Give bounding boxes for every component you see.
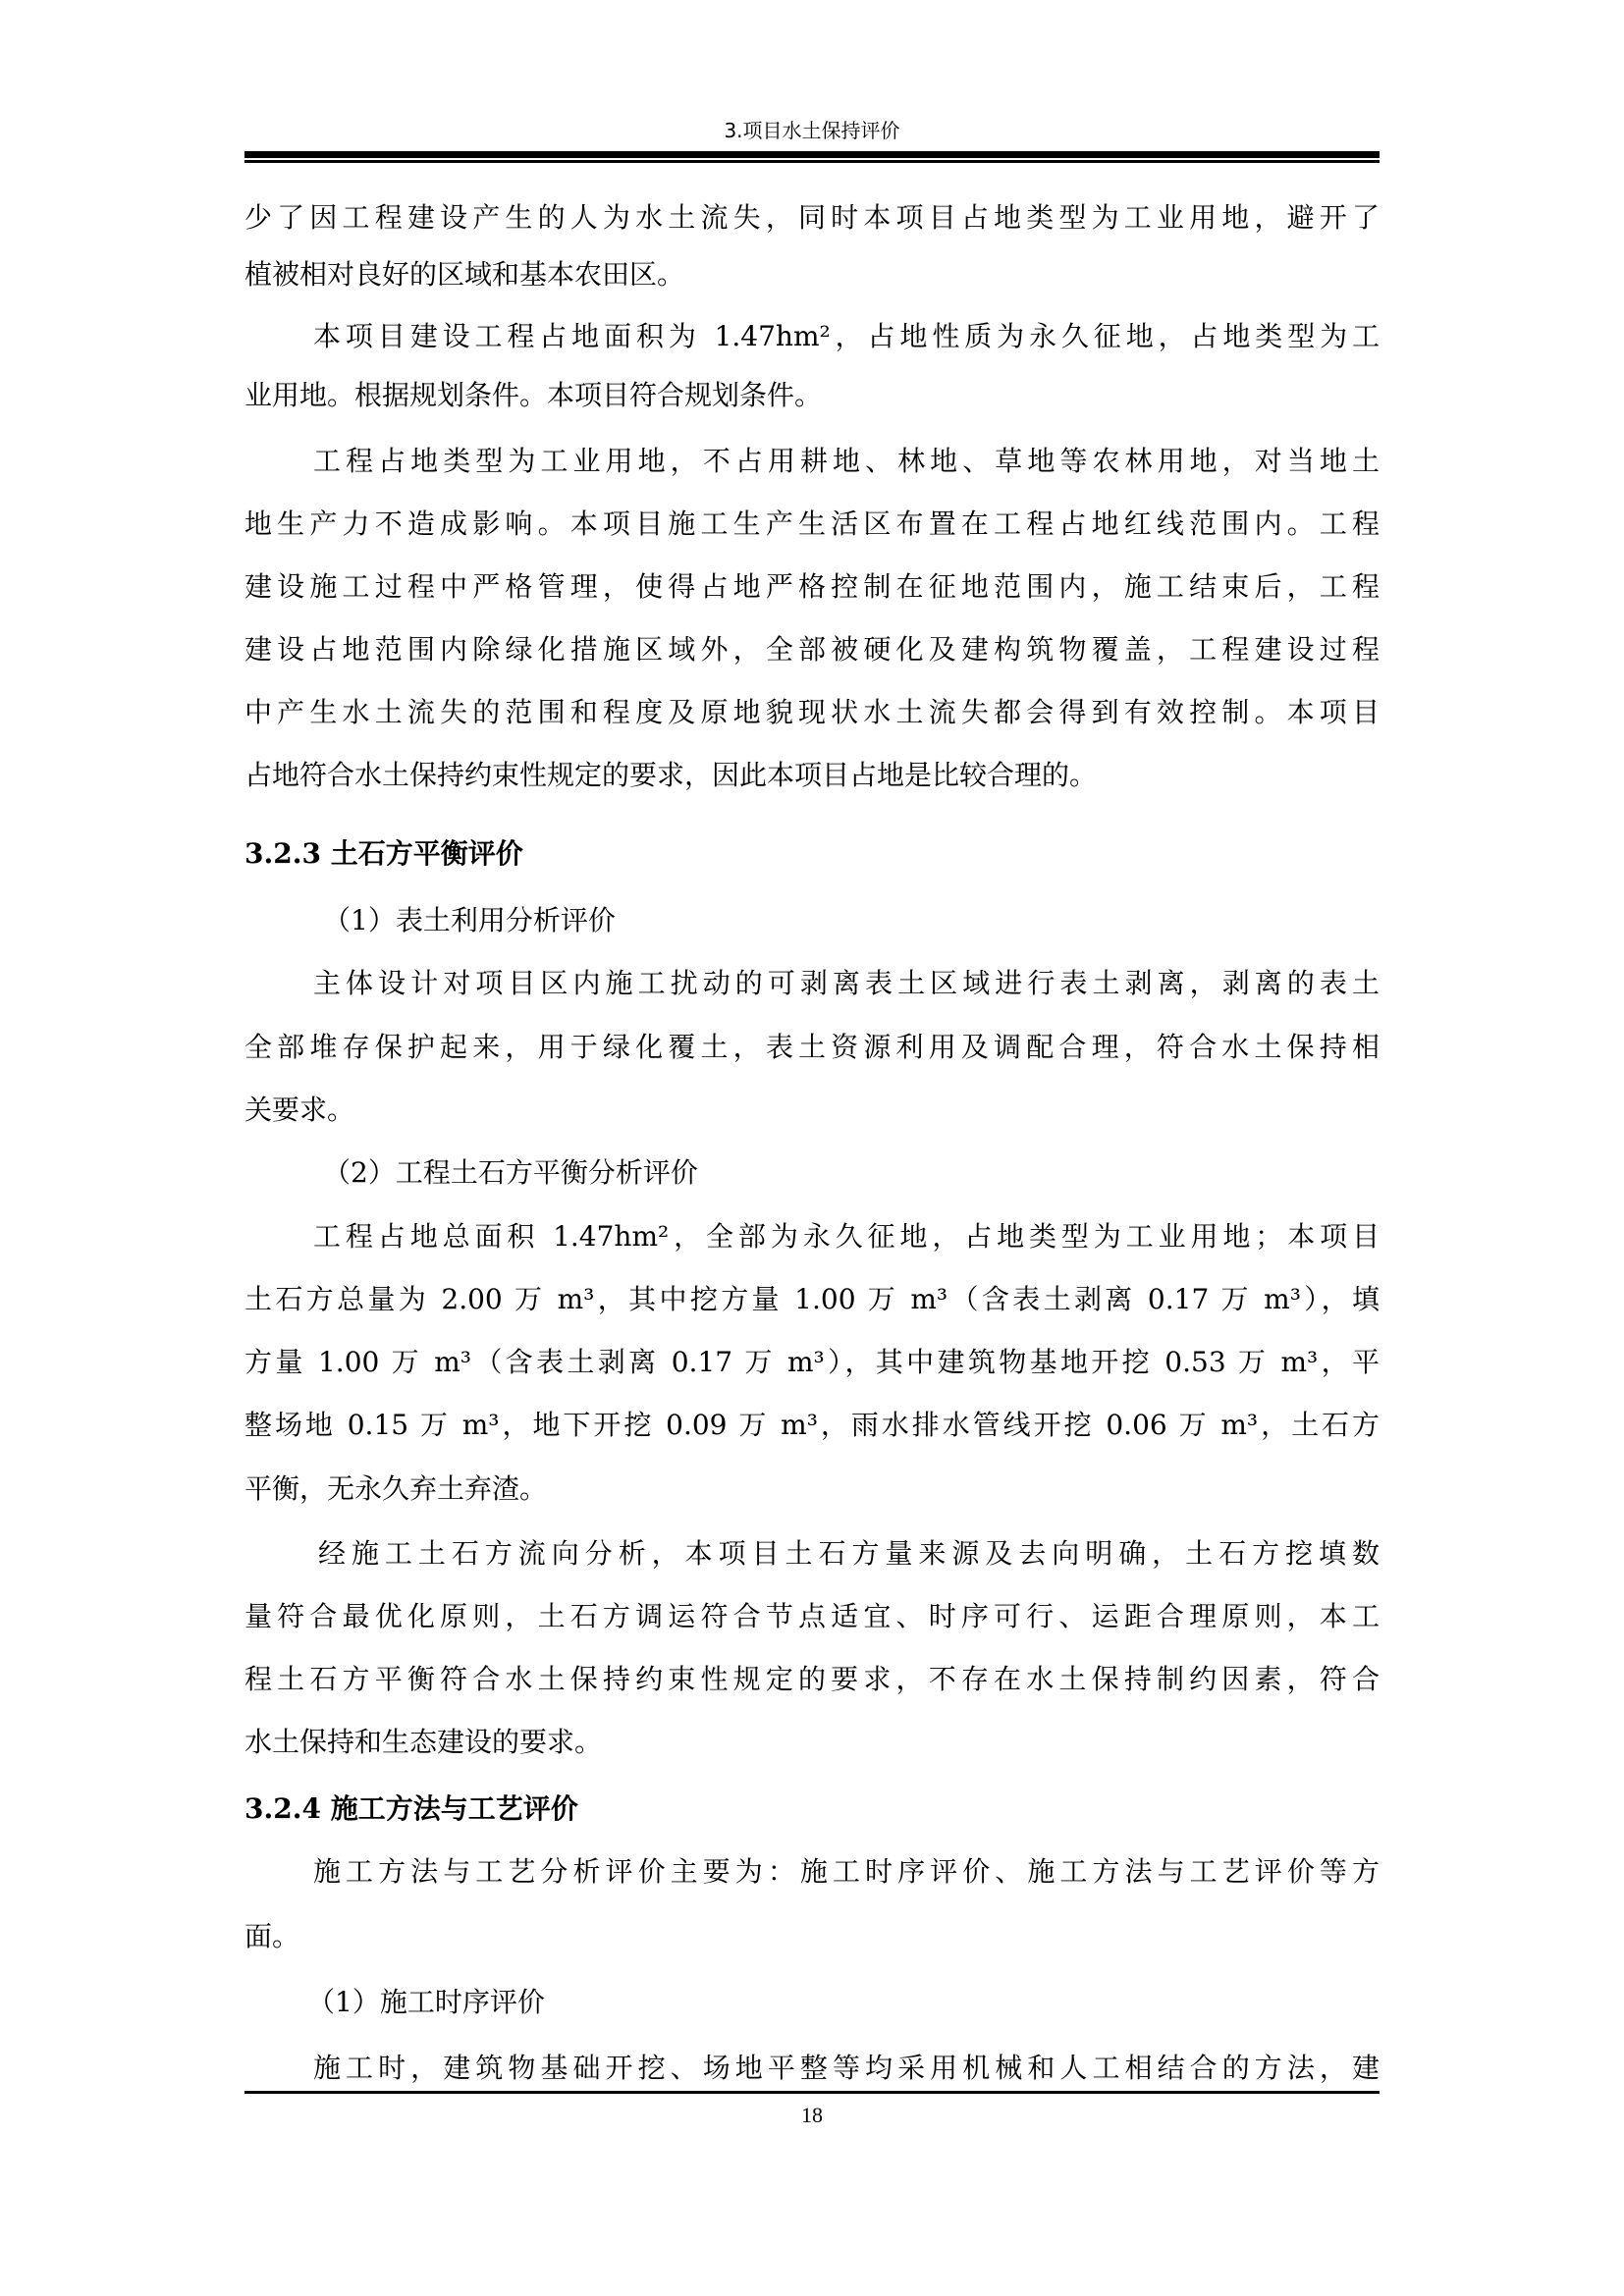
- page-number: 18: [244, 2101, 1380, 2130]
- text-line: （2）工程土石方平衡分析评价: [244, 1153, 1380, 1193]
- text-line: 水土保持和生态建设的要求。: [244, 1723, 1380, 1762]
- text-line: 经施工土石方流向分析，本项目土石方量来源及去向明确，土石方挖填数: [244, 1534, 1380, 1574]
- text-line: 建设施工过程中严格管理，使得占地严格控制在征地范围内，施工结束后，工程: [244, 567, 1380, 607]
- text-line: 量符合最优化原则，土石方调运符合节点适宜、时序可行、运距合理原则，本工: [244, 1597, 1380, 1636]
- text-line: 中产生水土流失的范围和程度及原地貌现状水土流失都会得到有效控制。本项目: [244, 693, 1380, 732]
- section-heading: 3.2.4 施工方法与工艺评价: [244, 1789, 1380, 1829]
- text-line: 面。: [244, 1917, 1380, 1956]
- text-line: （1）施工时序评价: [244, 1983, 1380, 2022]
- text-line: 方量 1.00 万 m³（含表土剥离 0.17 万 m³），其中建筑物基地开挖 …: [244, 1343, 1380, 1382]
- footer-rule: [244, 2091, 1380, 2094]
- text-line: 少了因工程建设产生的人为水土流失，同时本项目占地类型为工业用地，避开了: [244, 198, 1380, 238]
- text-line: 占地符合水土保持约束性规定的要求，因此本项目占地是比较合理的。: [244, 756, 1380, 795]
- text-line: 施工方法与工艺分析评价主要为：施工时序评价、施工方法与工艺评价等方: [244, 1852, 1380, 1892]
- text-line: 全部堆存保护起来，用于绿化覆土，表土资源利用及调配合理，符合水土保持相: [244, 1028, 1380, 1067]
- header-rule-thin: [244, 160, 1380, 163]
- text-line: 植被相对良好的区域和基本农田区。: [244, 255, 1380, 294]
- text-line: 土石方总量为 2.00 万 m³，其中挖方量 1.00 万 m³（含表土剥离 0…: [244, 1280, 1380, 1319]
- header-rule-thick: [244, 151, 1380, 158]
- text-line: 主体设计对项目区内施工扰动的可剥离表土区域进行表土剥离，剥离的表土: [244, 964, 1380, 1003]
- text-line: 工程占地类型为工业用地，不占用耕地、林地、草地等农林用地，对当地土: [244, 442, 1380, 481]
- text-line: 整场地 0.15 万 m³，地下开挖 0.09 万 m³，雨水排水管线开挖 0.…: [244, 1406, 1380, 1445]
- running-header: 3.项目水土保持评价: [244, 116, 1380, 145]
- document-page: 3.项目水土保持评价 少了因工程建设产生的人为水土流失，同时本项目占地类型为工业…: [0, 0, 1624, 2296]
- text-line: 关要求。: [244, 1091, 1380, 1130]
- text-line: 地生产力不造成影响。本项目施工生产生活区布置在工程占地红线范围内。工程: [244, 505, 1380, 544]
- text-line: 建设占地范围内除绿化措施区域外，全部被硬化及建构筑物覆盖，工程建设过程: [244, 630, 1380, 669]
- text-line: 平衡，无永久弃土弃渣。: [244, 1469, 1380, 1509]
- text-line: 工程占地总面积 1.47hm²，全部为永久征地，占地类型为工业用地；本项目: [244, 1217, 1380, 1256]
- text-line: 施工时，建筑物基础开挖、场地平整等均采用机械和人工相结合的方法，建: [244, 2049, 1380, 2088]
- text-line: 程土石方平衡符合水土保持约束性规定的要求，不存在水土保持制约因素，符合: [244, 1660, 1380, 1699]
- text-line: 本项目建设工程占地面积为 1.47hm²，占地性质为永久征地，占地类型为工: [244, 317, 1380, 356]
- text-line: 业用地。根据规划条件。本项目符合规划条件。: [244, 376, 1380, 415]
- text-line: （1）表土利用分析评价: [244, 901, 1380, 940]
- section-heading: 3.2.3 土石方平衡评价: [244, 834, 1380, 874]
